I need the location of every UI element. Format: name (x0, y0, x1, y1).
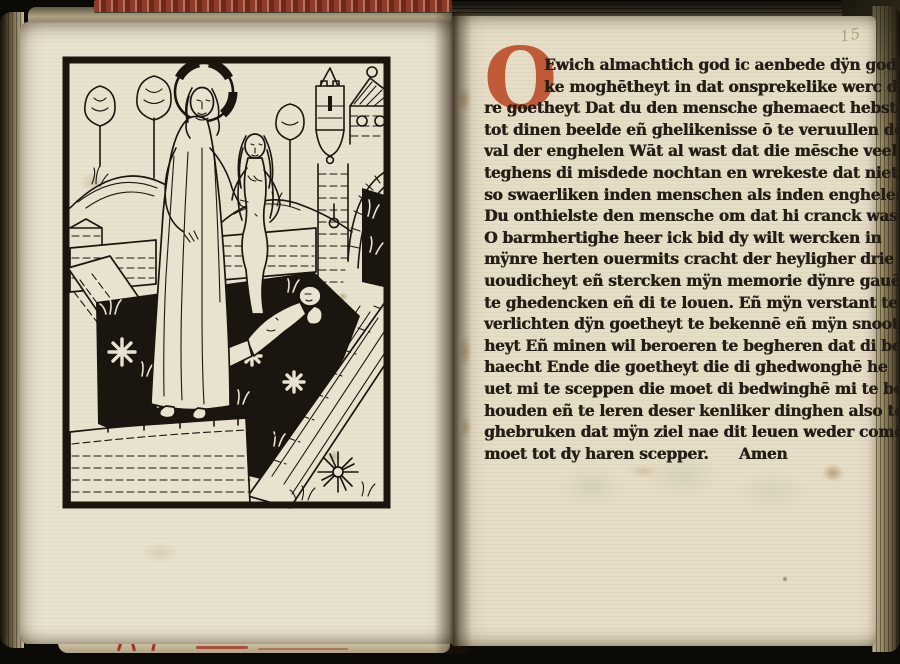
red-print-smear (258, 648, 348, 650)
text-line: so swaerliken inden menschen als inden e… (484, 184, 876, 206)
woodcut-illustration (62, 56, 391, 509)
text-line: houden eñ te leren deser kenliker dinghe… (484, 400, 876, 422)
stain (822, 464, 844, 482)
text-line: re goetheyt Dat du den mensche ghemaect … (484, 97, 876, 119)
text-line: uoudicheyt eñ stercken mÿn memorie dÿnre… (484, 270, 876, 292)
text-line: val der enghelen Wāt al wast dat die mēs… (484, 140, 876, 162)
castle-turret (316, 68, 344, 163)
stain (458, 336, 472, 366)
text-line: mÿnre herten ouermits cracht der heyligh… (484, 248, 876, 270)
stain (140, 542, 180, 564)
front-wall (70, 416, 250, 504)
text-line: Ewich almachtich god ic aenbede dÿn godl… (484, 54, 876, 76)
red-print-smear (196, 646, 248, 649)
text-line: ghebruken dat mÿn ziel nae dit leuen wed… (484, 421, 876, 443)
prayer-text: Ewich almachtich god ic aenbede dÿn godl… (484, 54, 876, 464)
stain (456, 86, 472, 112)
text-line: Du onthielste den mensche om dat hi cran… (484, 205, 876, 227)
text-line: tot dinen beelde eñ ghelikenisse ō te ve… (484, 119, 876, 141)
text-line: te ghedencken eñ di te louen. Eñ mÿn ver… (484, 292, 876, 314)
red-printed-edge-strip (94, 0, 452, 12)
text-line: O barmhertighe heer ick bid dy wilt werc… (484, 227, 876, 249)
folio-number: 15 (839, 24, 863, 45)
gabled-building (350, 67, 388, 144)
stain (460, 416, 472, 438)
text-line: uet mi te sceppen die moet di bedwinghē … (484, 378, 876, 400)
text-line: moet tot dy haren scepper. Amen (484, 443, 876, 465)
arch-gateway (318, 164, 388, 288)
text-line: ke moghētheyt in dat onsprekelike werc d… (484, 76, 876, 98)
right-page: 15 O Ewich almachtich god ic aenbede dÿn… (452, 16, 876, 646)
text-line: teghens di misdede nochtan en wrekeste d… (484, 162, 876, 184)
text-line: haecht Ende die goetheyt die di ghedwong… (484, 356, 876, 378)
text-line: verlichten dÿn goetheyt te bekennē eñ mÿ… (484, 313, 876, 335)
text-line: heyt Eñ minen wil beroeren te begheren d… (484, 335, 876, 357)
stain (628, 464, 658, 478)
book-scan: 15 O Ewich almachtich god ic aenbede dÿn… (0, 0, 900, 664)
ink-speck (782, 576, 788, 582)
creation-of-eve-woodcut (62, 56, 391, 509)
